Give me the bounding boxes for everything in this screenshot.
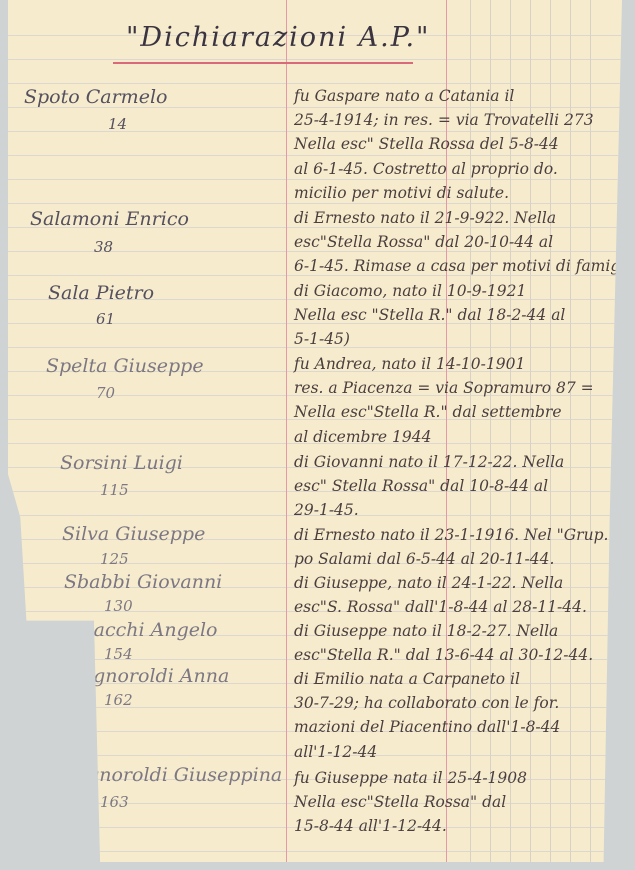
page-title: "Dichiarazioni A.P." [126, 22, 430, 53]
entry-number: 154 [104, 645, 133, 663]
entry-line: res. a Piacenza = via Sopramuro 87 = [294, 376, 614, 400]
entry-text: fu Giuseppe nata il 25-4-1908 Nella esc"… [294, 766, 614, 839]
entry-name: Silva Giuseppe [62, 523, 205, 545]
entry-line: 29-1-45. [294, 498, 614, 522]
entry-line: Nella esc"Stella R." dal settembre [294, 400, 614, 424]
entry-line: di Ernesto nato il 23-1-1916. Nel "Grup. [294, 523, 614, 547]
entry-line: al dicembre 1944 [294, 425, 614, 449]
entry-line: Nella esc"Stella Rossa" dal [294, 790, 614, 814]
entry-number: 130 [104, 597, 133, 615]
entry-line: esc"Stella R." dal 13-6-44 al 30-12-44. [294, 643, 614, 667]
entry-text: di Giuseppe, nato il 24-1-22. Nella esc"… [294, 571, 614, 619]
entry-line: di Giovanni nato il 17-12-22. Nella [294, 450, 614, 474]
entry-text: di Emilio nata a Carpaneto il 30-7-29; h… [294, 667, 614, 764]
entry-line: po Salami dal 6-5-44 al 20-11-44. [294, 547, 614, 571]
entry-line: 5-1-45) [294, 327, 614, 351]
margin-line-left [286, 0, 287, 862]
entry-text: fu Andrea, nato il 14-10-1901 res. a Pia… [294, 352, 614, 449]
entry-name: Salamoni Enrico [30, 208, 189, 230]
entry-line: di Giacomo, nato il 10-9-1921 [294, 279, 614, 303]
entry-line: fu Andrea, nato il 14-10-1901 [294, 352, 614, 376]
entry-line: 15-8-44 all'1-12-44. [294, 814, 614, 838]
entry-name: Spoto Carmelo [24, 86, 167, 108]
entry-name: Sbabbi Giovanni [64, 571, 222, 593]
entry-line: di Giuseppe nato il 18-2-27. Nella [294, 619, 614, 643]
entry-line: Nella esc" Stella Rossa del 5-8-44 [294, 132, 614, 156]
entry-line: esc"S. Rossa" dall'1-8-44 al 28-11-44. [294, 595, 614, 619]
entry-name: Spelta Giuseppe [46, 355, 204, 377]
entry-line: di Emilio nata a Carpaneto il [294, 667, 614, 691]
entry-line: all'1-12-44 [294, 740, 614, 764]
entry-line: al 6-1-45. Costretto al proprio do. [294, 157, 614, 181]
entry-text: di Ernesto nato il 23-1-1916. Nel "Grup.… [294, 523, 614, 571]
entry-number: 61 [96, 310, 115, 328]
entry-line: fu Gaspare nato a Catania il [294, 84, 614, 108]
entry-line: di Giuseppe, nato il 24-1-22. Nella [294, 571, 614, 595]
entry-name: Signoroldi Anna [74, 665, 229, 687]
entry-line: 6-1-45. Rimase a casa per motivi di fami… [294, 254, 614, 278]
entry-number: 162 [104, 691, 133, 709]
entry-line: micilio per motivi di salute. [294, 181, 614, 205]
entry-line: di Ernesto nato il 21-9-922. Nella [294, 206, 614, 230]
entry-text: di Giacomo, nato il 10-9-1921 Nella esc … [294, 279, 614, 352]
entry-text: fu Gaspare nato a Catania il 25-4-1914; … [294, 84, 614, 205]
entry-line: 30-7-29; ha collaborato con le for. [294, 691, 614, 715]
entry-number: 115 [100, 481, 129, 499]
entry-text: di Giovanni nato il 17-12-22. Nella esc"… [294, 450, 614, 523]
entry-line: mazioni del Piacentino dall'1-8-44 [294, 715, 614, 739]
entry-number: 38 [94, 238, 113, 256]
entry-number: 14 [108, 115, 127, 133]
entry-name: Scacchi Angelo [70, 619, 218, 641]
entry-line: 25-4-1914; in res. = via Trovatelli 273 [294, 108, 614, 132]
entry-line: Nella esc "Stella R." dal 18-2-44 al [294, 303, 614, 327]
title-underline [113, 62, 413, 64]
entry-line: esc"Stella Rossa" dal 20-10-44 al [294, 230, 614, 254]
entry-text: di Giuseppe nato il 18-2-27. Nella esc"S… [294, 619, 614, 667]
entry-name: Sala Pietro [48, 282, 154, 304]
entry-text: di Ernesto nato il 21-9-922. Nella esc"S… [294, 206, 614, 279]
entry-line: esc" Stella Rossa" dal 10-8-44 al [294, 474, 614, 498]
entry-name: Sorsini Luigi [60, 452, 183, 474]
ledger-page: "Dichiarazioni A.P." Spoto Carmelo 14 fu… [8, 0, 622, 862]
entry-name: Signoroldi Giuseppina [68, 764, 282, 786]
entry-line: fu Giuseppe nata il 25-4-1908 [294, 766, 614, 790]
entry-number: 125 [100, 550, 129, 568]
entry-number: 163 [100, 793, 129, 811]
entry-number: 70 [96, 384, 115, 402]
